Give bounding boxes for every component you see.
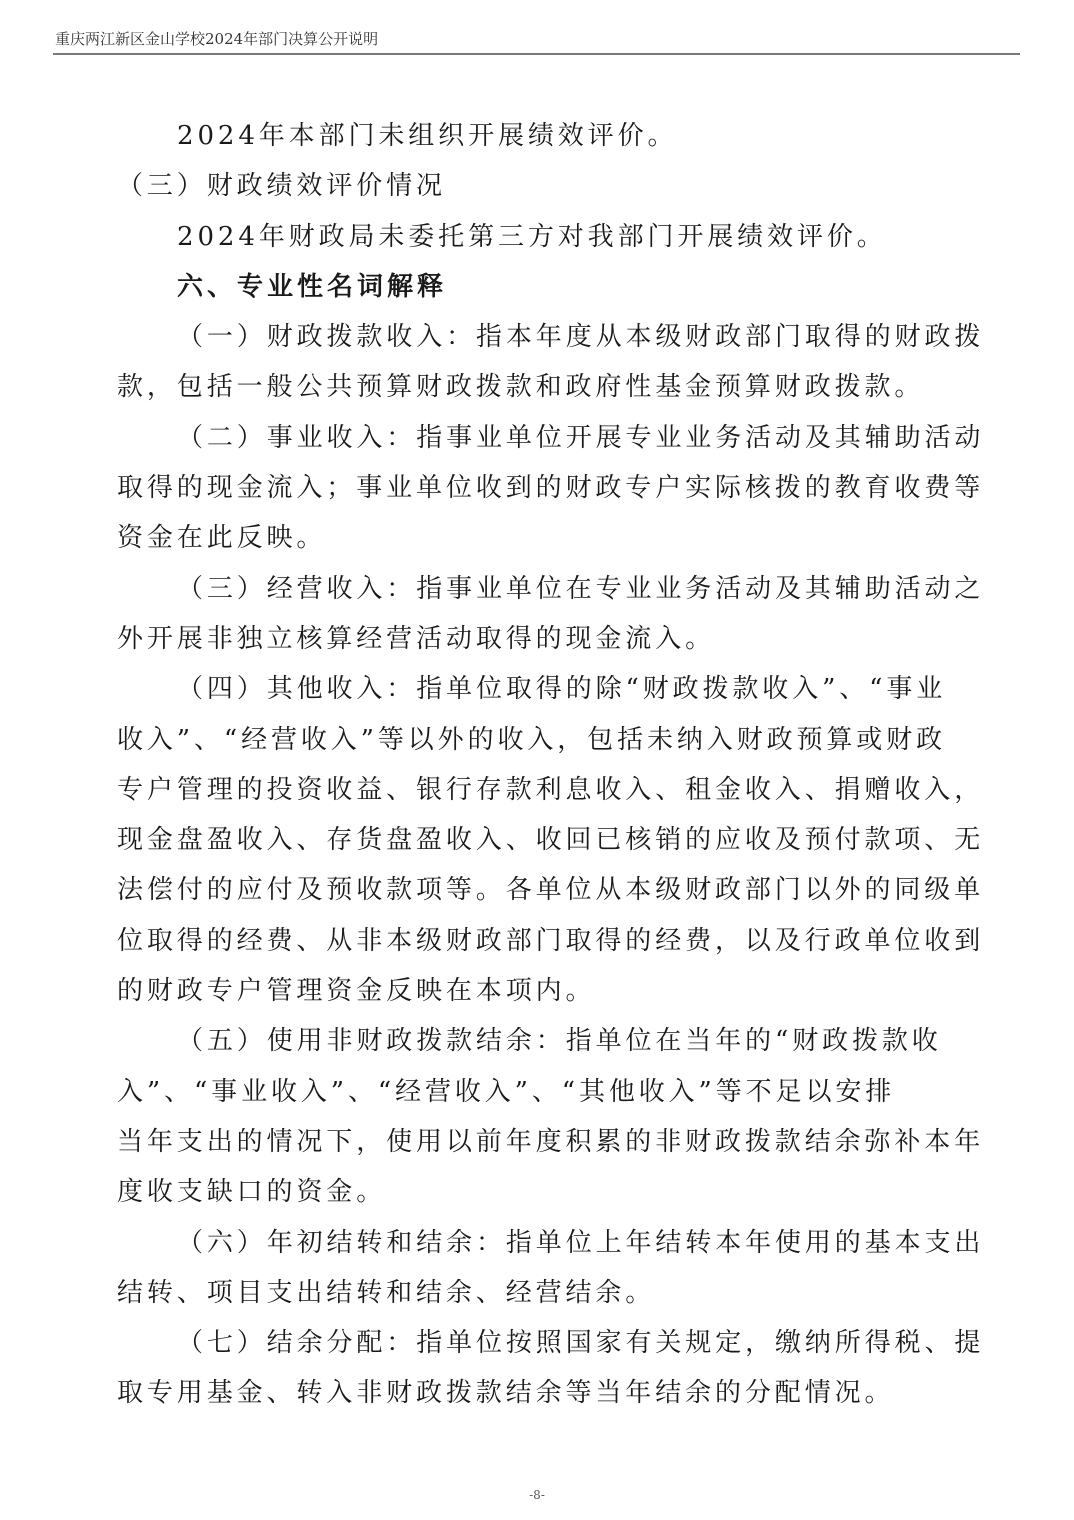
definition-line: 位取得的经费、从非本级财政部门取得的经费，以及行政单位收到	[117, 916, 957, 966]
definition-line: （七）结余分配：指单位按照国家有关规定，缴纳所得税、提	[117, 1318, 957, 1368]
definition-line: （四）其他收入：指单位取得的除“财政拨款收入”、“事业	[117, 664, 957, 714]
definition-line: （三）经营收入：指事业单位在专业业务活动及其辅助活动之	[117, 564, 957, 614]
page-number: -8-	[0, 1488, 1074, 1502]
definition-line: （一）财政拨款收入：指本年度从本级财政部门取得的财政拨	[117, 312, 957, 362]
definition-line: 外开展非独立核算经营活动取得的现金流入。	[117, 614, 957, 664]
header-divider	[53, 53, 1020, 55]
definition-line: （五）使用非财政拨款结余：指单位在当年的“财政拨款收	[117, 1016, 957, 1066]
definition-line: 法偿付的应付及预收款项等。各单位从本级财政部门以外的同级单	[117, 865, 957, 915]
definition-line: 专户管理的投资收益、银行存款利息收入、租金收入、捐赠收入，	[117, 765, 957, 815]
running-header: 重庆两江新区金山学校2024年部门决算公开说明	[55, 28, 378, 49]
definition-line: 的财政专户管理资金反映在本项内。	[117, 966, 957, 1016]
definition-line: 当年支出的情况下，使用以前年度积累的非财政拨款结余弥补本年	[117, 1117, 957, 1167]
definition-line: 资金在此反映。	[117, 513, 957, 563]
paragraph-line: 2024年本部门未组织开展绩效评价。	[117, 111, 957, 161]
definition-line: 款，包括一般公共预算财政拨款和政府性基金预算财政拨款。	[117, 362, 957, 412]
definition-line: 结转、项目支出结转和结余、经营结余。	[117, 1268, 957, 1318]
definition-line: （六）年初结转和结余：指单位上年结转本年使用的基本支出	[117, 1218, 957, 1268]
definition-line: 入”、“事业收入”、“经营收入”、“其他收入”等不足以安排	[117, 1067, 957, 1117]
definition-line: 收入”、“经营收入”等以外的收入，包括未纳入财政预算或财政	[117, 715, 957, 765]
paragraph-line: 2024年财政局未委托第三方对我部门开展绩效评价。	[117, 212, 957, 262]
section-subheading: （三）财政绩效评价情况	[117, 161, 957, 211]
definition-line: 现金盘盈收入、存货盘盈收入、收回已核销的应收及预付款项、无	[117, 815, 957, 865]
section-heading: 六、专业性名词解释	[117, 262, 957, 312]
definition-line: 取专用基金、转入非财政拨款结余等当年结余的分配情况。	[117, 1368, 957, 1418]
definition-line: （二）事业收入：指事业单位开展专业业务活动及其辅助活动	[117, 413, 957, 463]
definition-line: 取得的现金流入；事业单位收到的财政专户实际核拨的教育收费等	[117, 463, 957, 513]
definition-line: 度收支缺口的资金。	[117, 1167, 957, 1217]
document-body: 2024年本部门未组织开展绩效评价。 （三）财政绩效评价情况 2024年财政局未…	[117, 111, 957, 1419]
